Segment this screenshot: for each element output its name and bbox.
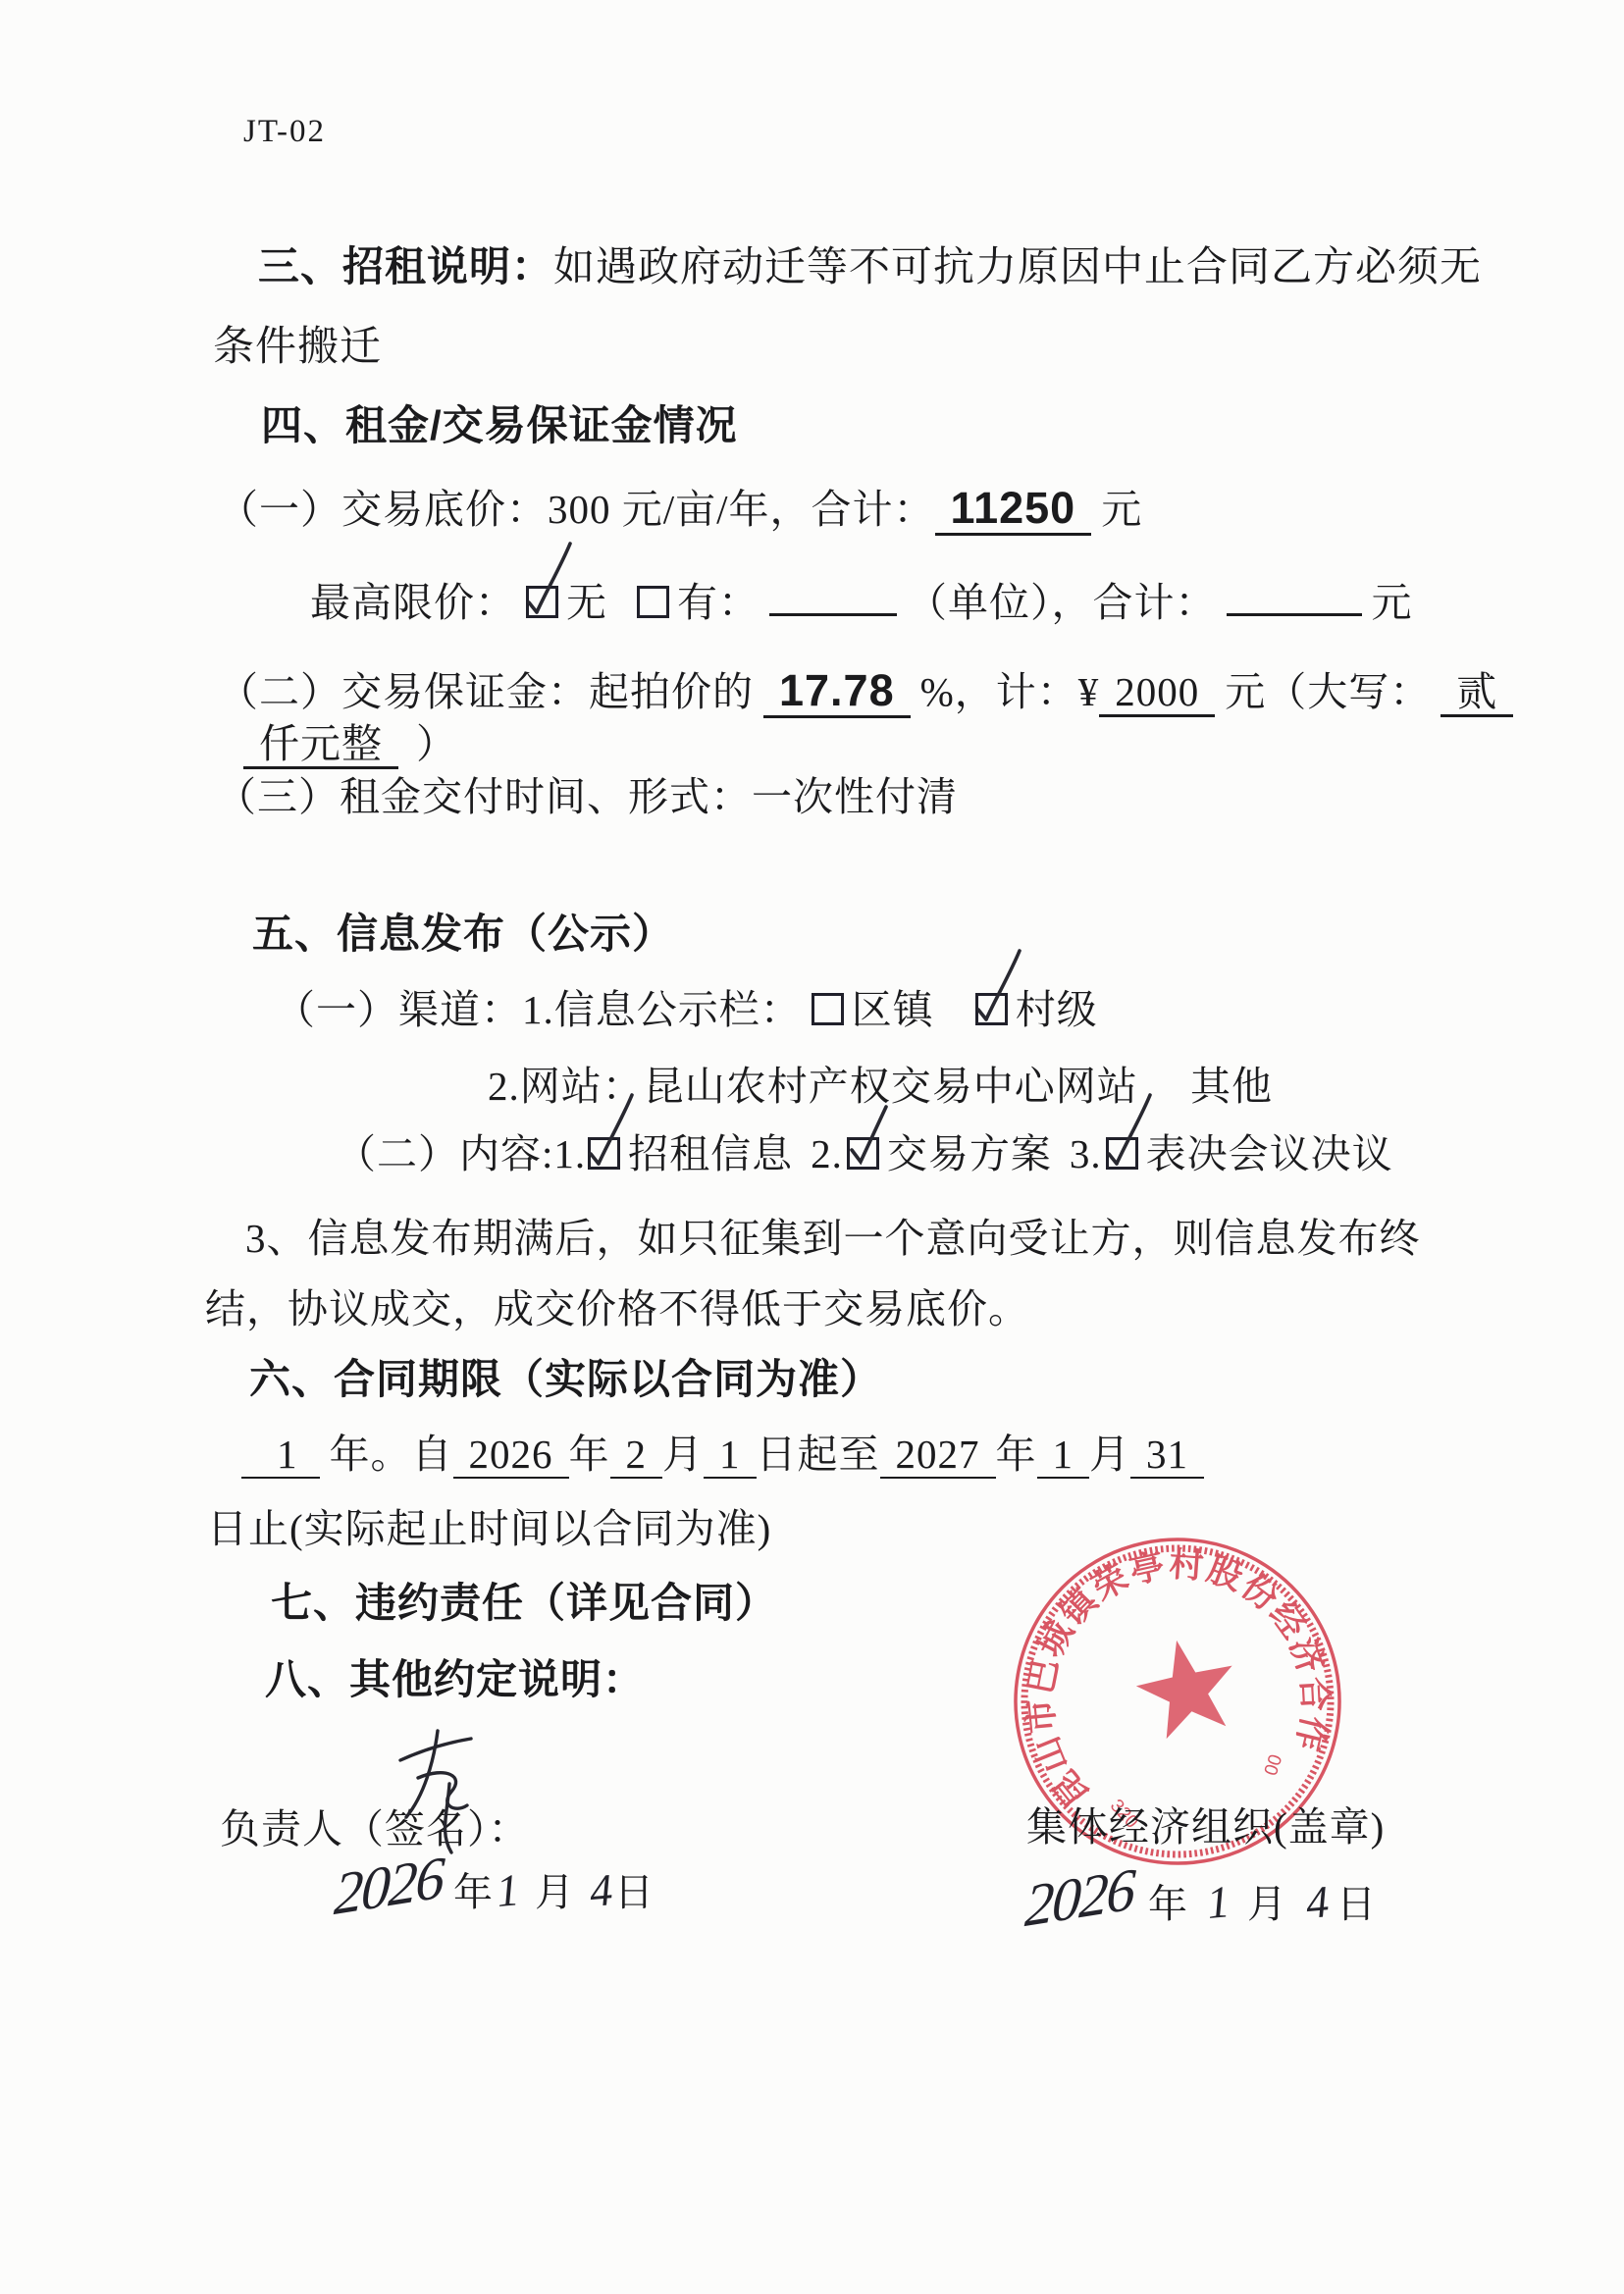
left-date-month-label: 月 <box>535 1870 574 1914</box>
handwritten-check-icon <box>586 1093 637 1175</box>
base-price-label: （一）交易底价：300 元/亩/年，合计： <box>218 487 935 532</box>
end-year-value: 2027 <box>880 1432 996 1479</box>
base-price-line: （一）交易底价：300 元/亩/年，合计：11250元 <box>218 483 1142 535</box>
max-limit-has-label: 有： <box>677 580 760 625</box>
end-day-value: 31 <box>1130 1432 1204 1479</box>
max-limit-unit-label: （单位），合计： <box>907 580 1217 625</box>
section7-heading: 七、违约责任（详见合同） <box>271 1578 777 1630</box>
seal-star-icon <box>1128 1630 1244 1743</box>
right-date-year-handwritten: 2026 <box>1023 1852 1135 1942</box>
right-date-day-label: 日 <box>1336 1882 1376 1926</box>
blank-total <box>1227 575 1362 616</box>
deposit-caps-tail: 仟元整 <box>243 721 398 769</box>
left-date-day-label: 日 <box>614 1870 654 1914</box>
section5-heading: 五、信息发布（公示） <box>252 909 674 961</box>
deposit-mid: %，计：¥ <box>920 669 1100 714</box>
left-date: 2026年1月4日 <box>334 1851 654 1928</box>
org-stamp-label: 集体经济组织(盖章) <box>1026 1801 1385 1852</box>
label-between: 日起至 <box>757 1432 880 1477</box>
right-date-month-handwritten: 1 <box>1204 1866 1232 1939</box>
checkbox-max-limit-has <box>637 586 669 618</box>
form-code: JT-02 <box>243 106 326 157</box>
content-item-biaojue: 表决会议决议 <box>1146 1131 1393 1176</box>
deposit-after: 元（大写： <box>1225 669 1431 714</box>
handwritten-check-icon <box>973 949 1024 1031</box>
handwritten-check-icon <box>845 1093 896 1175</box>
start-year-value: 2026 <box>453 1432 569 1479</box>
checkbox-max-limit-none <box>526 586 558 618</box>
content-line: （二）内容:1.招租信息2.交易方案3.表决会议决议 <box>336 1128 1393 1179</box>
section4-heading: 四、租金/交易保证金情况 <box>261 400 738 452</box>
left-date-day-handwritten: 4 <box>587 1854 615 1927</box>
label-month1: 月 <box>662 1432 704 1477</box>
deposit-caps-line: 仟元整） <box>243 718 457 769</box>
total-price-value: 11250 <box>935 483 1092 536</box>
channel-option-cunji: 村级 <box>1016 987 1098 1032</box>
deposit-amount-value: 2000 <box>1099 669 1215 717</box>
handwritten-signature <box>389 1727 491 1860</box>
start-day-value: 1 <box>704 1432 757 1479</box>
deposit-close-paren: ） <box>416 721 457 766</box>
label-month2: 月 <box>1089 1432 1130 1477</box>
payment-form-line: （三）租金交付时间、形式：一次性付清 <box>216 771 958 822</box>
left-date-year-handwritten: 2026 <box>333 1841 445 1930</box>
content-item-fangan: 交易方案 <box>887 1131 1052 1176</box>
channel-line: （一）渠道：1.信息公示栏：区镇村级 <box>275 984 1098 1035</box>
signature-stroke <box>418 1773 467 1808</box>
content-label: （二）内容:1. <box>336 1131 586 1176</box>
max-limit-label: 最高限价： <box>310 580 516 625</box>
section4-heading-text: 四、租金/交易保证金情况 <box>261 402 738 448</box>
deposit-percent-value: 17.78 <box>763 665 911 718</box>
deposit-caps-head: 贰 <box>1441 669 1513 717</box>
section6-heading-text: 六、合同期限（实际以合同为准） <box>249 1356 882 1402</box>
right-date-day-handwritten: 4 <box>1303 1866 1332 1939</box>
blank-unit-price <box>769 575 897 616</box>
deposit-line: （二）交易保证金：起拍价的17.78%，计：¥2000元（大写：贰 <box>218 665 1513 717</box>
checkbox-content-zhaozu <box>588 1137 620 1170</box>
handwritten-check-icon <box>1104 1093 1155 1175</box>
left-date-month-handwritten: 1 <box>494 1854 522 1927</box>
right-date-month-label: 月 <box>1247 1882 1286 1926</box>
content-num-3: 3. <box>1070 1131 1102 1176</box>
content-item-zhaozu: 招租信息 <box>628 1131 793 1176</box>
label-year2: 年 <box>996 1432 1037 1477</box>
section8-heading: 八、其他约定说明： <box>265 1654 645 1706</box>
right-date-year-label: 年 <box>1148 1882 1187 1926</box>
section7-heading-text: 七、违约责任（详见合同） <box>271 1580 777 1626</box>
term-line: 1年。自2026年2月1日起至2027年1月31 <box>241 1429 1204 1480</box>
section3-line1: 三、招租说明：如遇政府动迁等不可抗力原因中止合同乙方必须无 <box>258 241 1482 293</box>
deposit-label: （二）交易保证金：起拍价的 <box>218 669 754 714</box>
section3-body: 如遇政府动迁等不可抗力原因中止合同乙方必须无 <box>553 245 1482 290</box>
channel-option-quzhen: 区镇 <box>852 987 934 1032</box>
section3-line2: 条件搬迁 <box>213 322 382 373</box>
section5-heading-text: 五、信息发布（公示） <box>252 911 674 957</box>
term-after-years: 年。自 <box>330 1432 453 1477</box>
start-month-value: 2 <box>610 1432 663 1479</box>
section3-heading: 三、招租说明： <box>258 243 553 289</box>
handwritten-check-icon <box>524 542 575 624</box>
max-limit-tail: 元 <box>1372 580 1413 625</box>
checkbox-content-fangan <box>847 1137 879 1170</box>
checkbox-channel-cunji <box>975 993 1008 1025</box>
max-limit-line: 最高限价：无有：（单位），合计：元 <box>310 575 1413 628</box>
end-month-value: 1 <box>1037 1432 1090 1479</box>
seal-code-right: 00 <box>1261 1752 1287 1779</box>
para3-line2: 结，协议成交，成交价格不得低于交易底价。 <box>205 1283 1029 1334</box>
label-year1: 年 <box>569 1432 610 1477</box>
channel-label: （一）渠道：1.信息公示栏： <box>275 987 802 1032</box>
checkbox-content-biaojue <box>1106 1137 1138 1170</box>
term-years-value: 1 <box>241 1432 320 1479</box>
content-num-2: 2. <box>811 1131 843 1176</box>
para3-line1: 3、信息发布期满后，如只征集到一个意向受让方，则信息发布终 <box>245 1213 1421 1264</box>
term-line2: 日止(实际起止时间以合同为准) <box>207 1503 771 1554</box>
total-price-unit: 元 <box>1101 487 1142 532</box>
checkbox-channel-quzhen <box>812 993 844 1025</box>
scanned-document-page: JT-02 三、招租说明：如遇政府动迁等不可抗力原因中止合同乙方必须无 条件搬迁… <box>0 0 1624 2294</box>
left-date-year-label: 年 <box>453 1870 493 1914</box>
right-date: 2026年1月4日 <box>1024 1862 1376 1940</box>
section6-heading: 六、合同期限（实际以合同为准） <box>249 1354 882 1406</box>
section8-heading-text: 八、其他约定说明： <box>265 1656 645 1702</box>
